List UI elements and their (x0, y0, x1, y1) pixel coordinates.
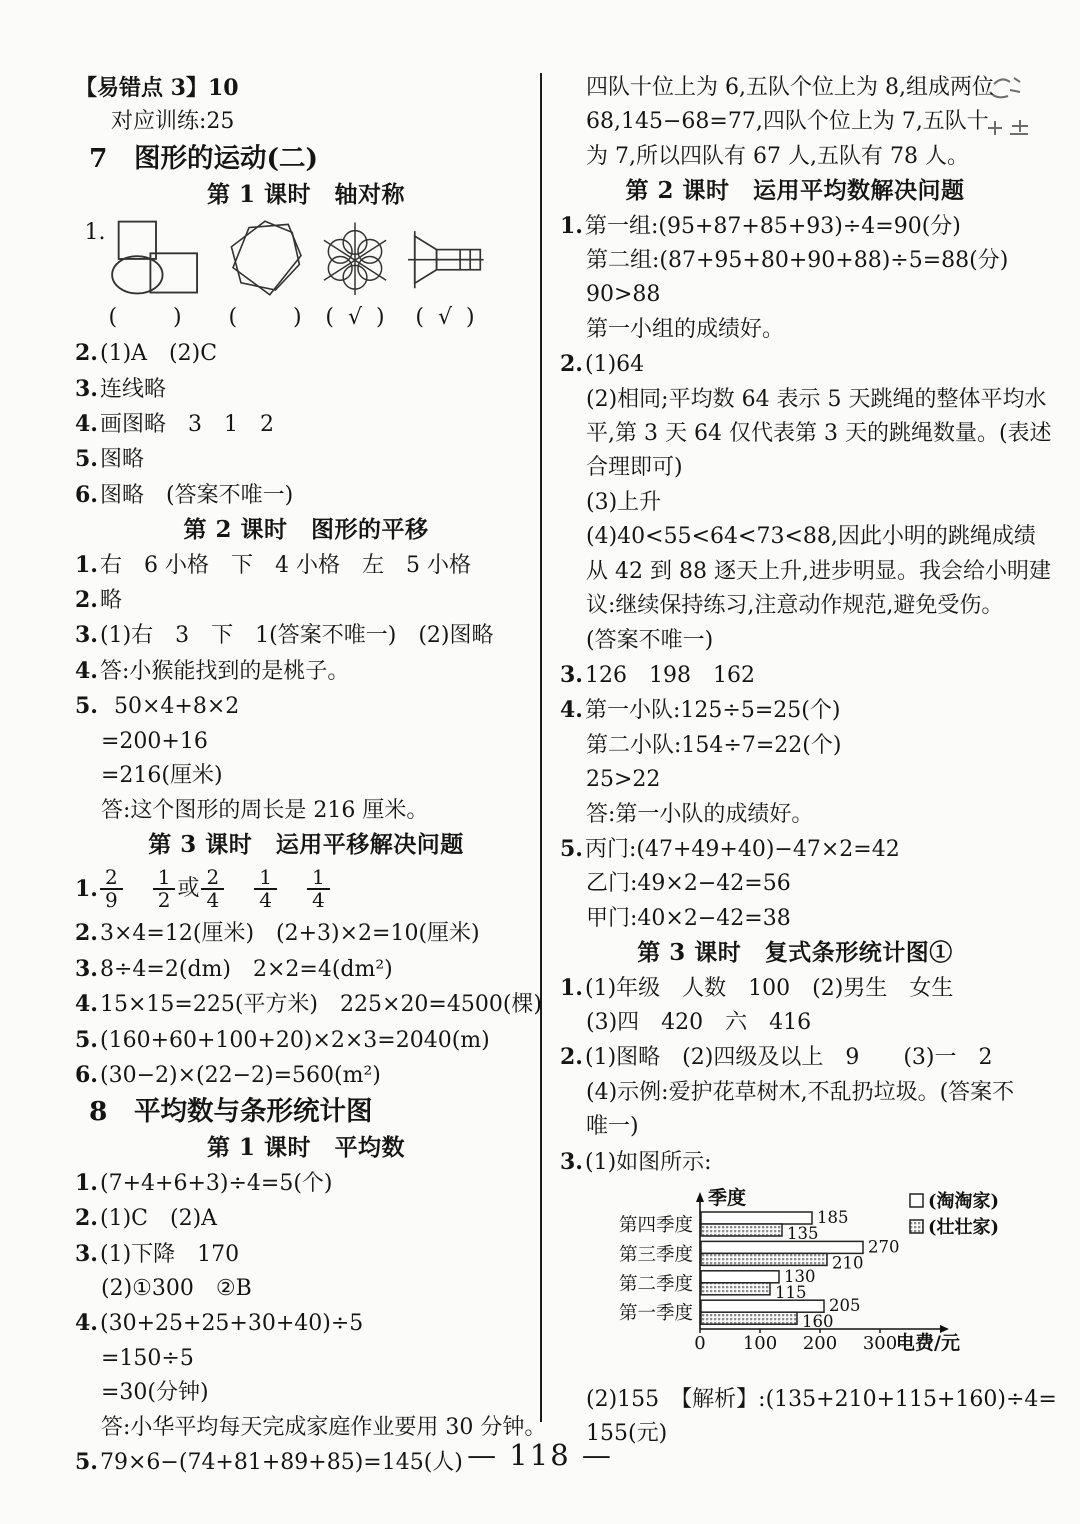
answer-line: 第 3 课时 复式条形统计图① (560, 936, 1030, 970)
answer-text: =200+16 (101, 729, 208, 754)
answer-line: 3.(1)右 3 下 1(答案不唯一) (2)图略 (75, 618, 537, 653)
problem-number: 4. (75, 407, 100, 441)
answer-line: 5. 50×4+8×2 (75, 689, 537, 724)
right-column: 四队十位上为 6,五队个位上为 8,组成两位 68,145−68=77,四队个位… (560, 71, 1030, 1452)
x-tick-label: 100 (743, 1333, 777, 1354)
answer-line: 4.第一小队:125÷5=25(个) (560, 693, 1030, 728)
answer-line: 【易错点 3】10 (75, 71, 537, 105)
answer-line: 唯一) (560, 1110, 1030, 1144)
answer-line: (2)相同;平均数 64 表示 5 天跳绳的整体平均水 (560, 383, 1030, 417)
answer-text: 答:这个图形的周长是 216 厘米。 (101, 798, 428, 823)
problem-number: 1. (85, 216, 106, 250)
answer-text: (1)如图所示: (585, 1150, 712, 1175)
answer-text: 合理即可) (586, 455, 683, 480)
figure-row: 1. (75, 212, 537, 300)
answer-text: 第一小组的成绩好。 (586, 317, 784, 342)
left-column: 【易错点 3】10 对应训练:25 7 图形的运动(二) 第 1 课时 轴对称 … (75, 71, 537, 1480)
answer-line: 第 1 课时 平均数 (75, 1131, 537, 1165)
answer-line: 2.(1)C (2)A (75, 1201, 537, 1236)
bar-淘淘家-第二季度 (701, 1271, 779, 1283)
answer-line: 3.连线略 (75, 372, 537, 407)
category-label: 第一季度 (619, 1303, 693, 1324)
answer-line: 6.图略 (答案不唯一) (75, 478, 537, 513)
answer-line: 4.(30+25+25+30+40)÷5 (75, 1306, 537, 1341)
answer-text: 7 图形的运动(二) (89, 143, 318, 174)
answer-text: 第 1 课时 轴对称 (207, 181, 405, 208)
answer-text: 图略 (答案不唯一) (100, 483, 293, 508)
fraction: 14 (307, 867, 330, 912)
bar-壮壮家-第二季度 (701, 1283, 770, 1295)
answer-text: (2)相同;平均数 64 表示 5 天跳绳的整体平均水 (586, 387, 1047, 412)
answer-text: 3×4=12(厘米) (2+3)×2=10(厘米) (100, 921, 480, 946)
problem-number: 1. (560, 209, 585, 243)
column-divider (540, 73, 542, 1422)
answer-text: 8 平均数与条形统计图 (89, 1096, 372, 1127)
answer-text: (1)年级 人数 100 (2)男生 女生 (585, 976, 953, 1001)
answer-line: 6.(30−2)×(22−2)=560(m²) (75, 1058, 537, 1093)
answer-line: (4)40<55<64<73<88,因此小明的跳绳成绩 (560, 520, 1030, 554)
answer-text: (3)上升 (586, 490, 661, 515)
problem-number: 2. (75, 336, 100, 370)
answer-text: (1)A (2)C (100, 341, 217, 366)
answer-text: 四队十位上为 6,五队个位上为 8,组成两位 (586, 75, 994, 100)
answer-text: 对应训练:25 (111, 109, 234, 134)
bar-value: 210 (832, 1253, 864, 1272)
bar-淘淘家-第三季度 (701, 1241, 863, 1253)
answer-line: 1.右 6 小格 下 4 小格 左 5 小格 (75, 548, 537, 583)
figure-star-polygon-icon (225, 216, 305, 300)
answer-line: 从 42 到 88 逐天上升,进步明显。我会给小明建 (560, 555, 1030, 589)
answer-text: 略 (100, 588, 122, 613)
answer-text: 25>22 (586, 767, 660, 792)
answer-text: 答:小华平均每天完成家庭作业要用 30 分钟。 (101, 1415, 546, 1440)
problem-number: 3. (75, 952, 100, 986)
answer-line: 第二组:(87+95+80+90+88)÷5=88(分) (560, 244, 1030, 278)
answer-line: 2.3×4=12(厘米) (2+3)×2=10(厘米) (75, 916, 537, 951)
bar-value: 160 (802, 1312, 834, 1331)
answer-text: 右 6 小格 下 4 小格 左 5 小格 (100, 553, 471, 578)
problem-number: 2. (560, 1040, 585, 1074)
answer-line: 第 1 课时 轴对称 (75, 178, 537, 212)
problem-number: 3. (560, 1145, 585, 1179)
x-axis-label: 电费/元 (896, 1331, 960, 1354)
answer-line: 7 图形的运动(二) (75, 140, 537, 178)
answer-text: =216(厘米) (101, 763, 223, 788)
answer-text: 连线略 (100, 377, 166, 402)
legend-label: (淘淘家) (928, 1190, 999, 1212)
problem-number: 3. (75, 618, 100, 652)
answer-line: 4.答:小猴能找到的是桃子。 (75, 654, 537, 689)
answer-text: 第一组:(95+87+85+93)÷4=90(分) (585, 214, 961, 239)
answer-line: 1.第一组:(95+87+85+93)÷4=90(分) (560, 209, 1030, 244)
problem-number: 6. (75, 1058, 100, 1092)
answer-line: 答:这个图形的周长是 216 厘米。 (75, 794, 537, 828)
answer-line: 5.丙门:(47+49+40)−47×2=42 (560, 832, 1030, 867)
problem-number: 5. (560, 832, 585, 866)
answer-line: =30(分钟) (75, 1376, 537, 1410)
problem-number: 5. (75, 1023, 100, 1057)
answer-text: (2)①300 ②B (101, 1276, 252, 1301)
answer-line: 第一小组的成绩好。 (560, 313, 1030, 347)
answer-line: 为 7,所以四队有 67 人,五队有 78 人。 (560, 140, 1030, 174)
legend-label: (壮壮家) (928, 1216, 999, 1238)
answer-line: 5.图略 (75, 442, 537, 477)
answer-line: 68,145−68=77,四队个位上为 7,五队十 (560, 105, 1030, 139)
answer-text: (1)64 (585, 352, 644, 377)
or-separator: 或 (177, 872, 199, 906)
answer-text: 乙门:49×2−42=56 (586, 871, 791, 896)
category-label: 第二季度 (619, 1274, 693, 1295)
answer-text: (1)右 3 下 1(答案不唯一) (2)图略 (100, 623, 494, 648)
x-tick-label: 0 (694, 1333, 705, 1354)
answer-line: (2)①300 ②B (75, 1272, 537, 1306)
answer-text: (4)40<55<64<73<88,因此小明的跳绳成绩 (586, 524, 1036, 549)
bar-壮壮家-第四季度 (701, 1224, 782, 1236)
x-tick-label: 200 (803, 1333, 837, 1354)
category-label: 第三季度 (619, 1244, 693, 1265)
answer-line: 答:第一小队的成绩好。 (560, 798, 1030, 832)
problem-number: 5. (75, 442, 100, 476)
left-lines-mid: 2.(1)A (2)C 3.连线略 4.画图略 3 1 2 5.图略 6.图略 … (75, 336, 537, 862)
bar-value: 115 (775, 1283, 807, 1302)
answer-text: 第 2 课时 图形的平移 (183, 516, 428, 543)
answer-line: 3.(1)下降 170 (75, 1237, 537, 1272)
problem-number: 1. (75, 1166, 100, 1200)
answer-line: 四队十位上为 6,五队个位上为 8,组成两位 (560, 71, 1030, 105)
fraction: 24 (201, 867, 224, 912)
answer-line: 90>88 (560, 278, 1030, 312)
answer-line: 议:继续保持练习,注意动作规范,避免受伤。 (560, 589, 1030, 623)
answer-text: 第二小队:154÷7=22(个) (586, 733, 841, 758)
answer-text: 第 3 课时 复式条形统计图① (637, 939, 953, 966)
problem-number: 4. (75, 987, 100, 1021)
answer-line: 2.(1)64 (560, 347, 1030, 382)
shape-answer: ( ) (215, 300, 315, 336)
answer-text: 画图略 3 1 2 (100, 412, 274, 437)
answer-text: (1)下降 170 (100, 1242, 239, 1267)
answer-text: 第 2 课时 运用平均数解决问题 (625, 177, 964, 204)
bar-value: 270 (868, 1237, 900, 1256)
answer-line: 1.(7+4+6+3)÷4=5(个) (75, 1166, 537, 1201)
answer-line: 1.(1)年级 人数 100 (2)男生 女生 (560, 971, 1030, 1006)
right-lines-top: 四队十位上为 6,五队个位上为 8,组成两位 68,145−68=77,四队个位… (560, 71, 1030, 1180)
x-tick-label: 300 (863, 1333, 897, 1354)
problem-number: 1. (560, 971, 585, 1005)
answer-line: 25>22 (560, 763, 1030, 797)
answer-text: (2)155 【解析】:(135+210+115+160)÷4= (586, 1387, 1057, 1412)
legend-swatch-hatched (910, 1220, 923, 1233)
answer-text: 为 7,所以四队有 67 人,五队有 78 人。 (586, 144, 969, 169)
left-lines-top: 【易错点 3】10 对应训练:25 7 图形的运动(二) 第 1 课时 轴对称 (75, 71, 537, 212)
problem-number: 5. (75, 689, 100, 723)
problem-number: 3. (75, 1237, 100, 1271)
answer-line: 平,第 3 天 64 仅代表第 3 天的跳绳数量。(表述 (560, 417, 1030, 451)
grouped-bar-chart-svg: 季度0100200300电费/元第四季度185135第三季度270210第二季度… (550, 1186, 1040, 1368)
answer-text: 答:小猴能找到的是桃子。 (100, 659, 349, 684)
fraction: 14 (254, 867, 277, 912)
category-label: 第四季度 (619, 1215, 693, 1236)
answer-line: =200+16 (75, 725, 537, 759)
answer-text: (1)C (2)A (100, 1206, 217, 1231)
answer-line: 8 平均数与条形统计图 (75, 1093, 537, 1131)
answer-text: 甲门:40×2−42=38 (586, 906, 791, 931)
answer-text: 答:第一小队的成绩好。 (586, 802, 813, 827)
answer-line: 甲门:40×2−42=38 (560, 902, 1030, 936)
answer-text: (答案不唯一) (586, 628, 713, 653)
answer-line: (3)上升 (560, 486, 1030, 520)
answer-text: 唯一) (586, 1114, 639, 1139)
answer-text: 90>88 (586, 282, 660, 307)
answer-line: (答案不唯一) (560, 624, 1030, 658)
figure-bolt-icon (402, 216, 488, 300)
problem-number: 2. (75, 916, 100, 950)
fraction: 12 (153, 867, 176, 912)
answer-text: 平,第 3 天 64 仅代表第 3 天的跳绳数量。(表述 (586, 421, 1052, 446)
figure-rectangles-ellipse-icon (106, 216, 206, 300)
bar-淘淘家-第四季度 (701, 1212, 812, 1224)
bar-value: 185 (817, 1208, 849, 1227)
answer-text: 126 198 162 (585, 663, 755, 688)
bar-value: 205 (829, 1296, 861, 1315)
shape-answer-row: ( ) ( ) ( √ ) ( √ ) (75, 300, 537, 336)
answer-text: (1)图略 (2)四级及以上 9 (3)一 2 (585, 1045, 992, 1070)
answer-line: 3.126 198 162 (560, 658, 1030, 693)
shape-answer: ( √ ) (395, 300, 495, 336)
answer-text: 第二组:(87+95+80+90+88)÷5=88(分) (586, 248, 1008, 273)
answer-line: 第 2 课时 运用平均数解决问题 (560, 174, 1030, 208)
answer-text: =150÷5 (101, 1346, 194, 1371)
answer-text: 第 3 课时 运用平移解决问题 (148, 831, 464, 858)
bar-壮壮家-第三季度 (701, 1253, 827, 1265)
answer-text: (4)示例:爱护花草树木,不乱扔垃圾。(答案不 (586, 1080, 1014, 1105)
answer-line: 4.15×15=225(平方米) 225×20=4500(棵) (75, 987, 537, 1022)
legend-swatch-white (910, 1194, 923, 1207)
answer-line: =216(厘米) (75, 759, 537, 793)
answer-text: 【易错点 3】10 (75, 75, 239, 101)
answer-text: 丙门:(47+49+40)−47×2=42 (585, 837, 900, 862)
answer-line: 5.(160+60+100+20)×2×3=2040(m) (75, 1023, 537, 1058)
problem-number: 3. (75, 372, 100, 406)
y-axis-arrow (696, 1192, 704, 1202)
shape-answer: ( √ ) (315, 300, 395, 336)
bar-壮壮家-第一季度 (701, 1312, 797, 1324)
problem-number: 1. (75, 548, 100, 582)
answer-line: 4.画图略 3 1 2 (75, 407, 537, 442)
answer-line: 第二小队:154÷7=22(个) (560, 729, 1030, 763)
answer-line: (4)示例:爱护花草树木,不乱扔垃圾。(答案不 (560, 1076, 1030, 1110)
answer-line: 第 2 课时 图形的平移 (75, 513, 537, 547)
problem-number: 4. (75, 654, 100, 688)
answer-line: (2)155 【解析】:(135+210+115+160)÷4= (560, 1383, 1030, 1417)
answer-line: 合理即可) (560, 451, 1030, 485)
problem-number: 2. (560, 347, 585, 381)
left-lines-bottom: 2.3×4=12(厘米) (2+3)×2=10(厘米) 3.8÷4=2(dm) … (75, 916, 537, 1480)
problem-number: 2. (75, 1201, 100, 1235)
answer-text: (160+60+100+20)×2×3=2040(m) (100, 1028, 490, 1053)
answer-line: (3)四 420 六 416 (560, 1006, 1030, 1040)
answer-text: (30+25+25+30+40)÷5 (100, 1311, 363, 1336)
answer-text: 从 42 到 88 逐天上升,进步明显。我会给小明建 (586, 559, 1051, 584)
problem-number: 4. (75, 1306, 100, 1340)
answer-text: =30(分钟) (101, 1380, 209, 1405)
fraction-answer-row: 1. 29 12 或 24 14 14 (75, 862, 537, 916)
answer-line: 3.(1)如图所示: (560, 1145, 1030, 1180)
answer-line: 2.(1)A (2)C (75, 336, 537, 371)
answer-text: 8÷4=2(dm) 2×2=4(dm²) (100, 957, 393, 982)
answer-text: 议:继续保持练习,注意动作规范,避免受伤。 (586, 593, 1003, 618)
answer-line: 2.(1)图略 (2)四级及以上 9 (3)一 2 (560, 1040, 1030, 1075)
problem-number: 4. (560, 693, 585, 727)
answer-line: 2.略 (75, 583, 537, 618)
answer-text: 50×4+8×2 (100, 694, 239, 719)
answer-text: 68,145−68=77,四队个位上为 7,五队十 (586, 109, 989, 134)
problem-number: 2. (75, 583, 100, 617)
answer-text: (30−2)×(22−2)=560(m²) (100, 1063, 381, 1088)
bar-淘淘家-第一季度 (701, 1300, 824, 1312)
answer-text: 15×15=225(平方米) 225×20=4500(棵) (100, 992, 542, 1017)
problem-number: 1. (75, 872, 100, 906)
grouped-bar-chart: 季度0100200300电费/元第四季度185135第三季度270210第二季度… (560, 1180, 1030, 1383)
problem-number: 3. (560, 658, 585, 692)
answer-text: (7+4+6+3)÷4=5(个) (100, 1171, 332, 1196)
bar-value: 135 (787, 1224, 819, 1243)
answer-line: 对应训练:25 (75, 105, 537, 139)
answer-line: =150÷5 (75, 1342, 537, 1376)
shape-answer: ( ) (75, 300, 215, 336)
figure-flower-symmetry-icon (318, 216, 392, 300)
problem-number: 6. (75, 478, 100, 512)
answer-line: 乙门:49×2−42=56 (560, 867, 1030, 901)
answer-text: (3)四 420 六 416 (586, 1010, 811, 1035)
page-number: — 118 — (0, 1438, 1080, 1472)
answer-text: 图略 (100, 447, 144, 472)
fraction: 29 (100, 867, 123, 912)
answer-line: 第 3 课时 运用平移解决问题 (75, 828, 537, 862)
answer-text: 第 1 课时 平均数 (207, 1134, 405, 1161)
answer-line: 3.8÷4=2(dm) 2×2=4(dm²) (75, 952, 537, 987)
answer-text: 第一小队:125÷5=25(个) (585, 698, 840, 723)
y-axis-label: 季度 (708, 1186, 746, 1209)
